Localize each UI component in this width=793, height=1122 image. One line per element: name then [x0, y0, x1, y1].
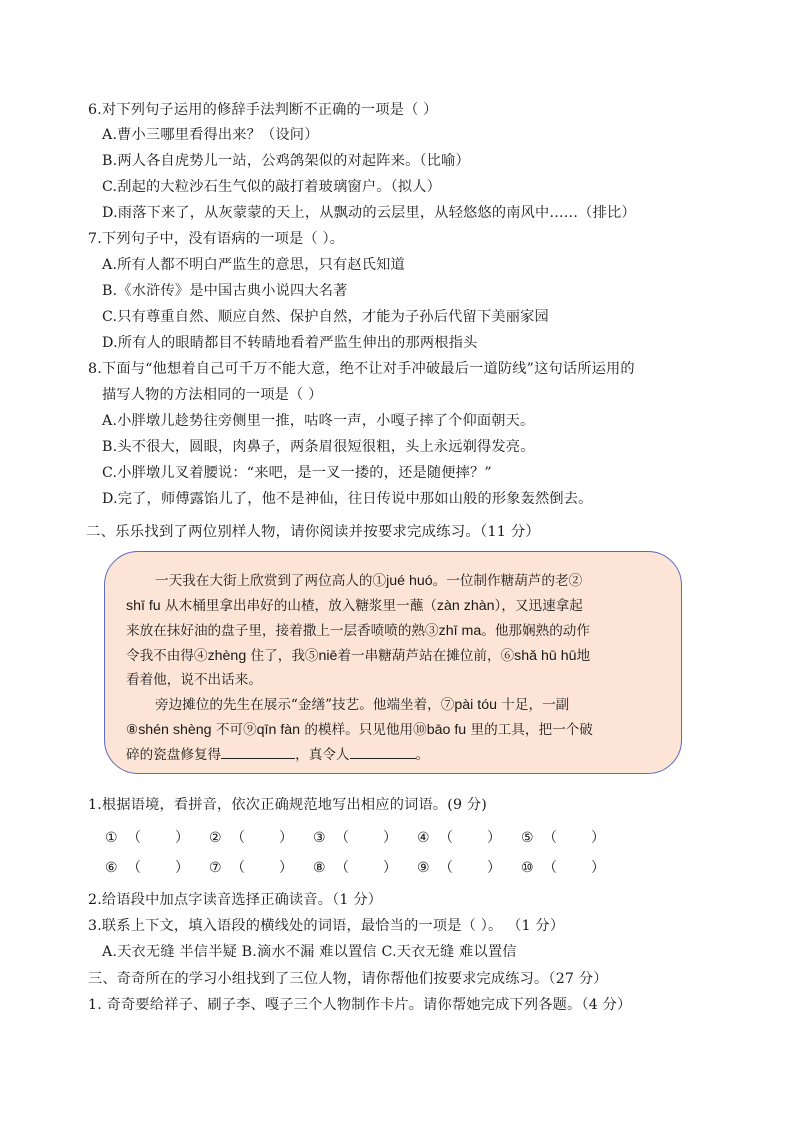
- passage-line: 看着他，说不出话来。: [126, 670, 262, 690]
- fill-blank-line: [350, 744, 416, 759]
- answer-blank: ⑥（）: [105, 857, 189, 877]
- q8-option-a: A.小胖墩儿趁势往旁侧里一推，咕咚一声，小嘎子摔了个仰面朝天。: [102, 411, 534, 431]
- blank-number: ⑥: [105, 860, 127, 876]
- close-paren: ）: [383, 857, 397, 877]
- answer-blank: ②（）: [209, 827, 293, 847]
- q6-option-a: A.曹小三哪里看得出来？（设问）: [102, 125, 319, 145]
- q6-option-d: D.雨落下来了，从灰蒙蒙的天上，从飘动的云层里，从轻悠悠的南风中……（排比）: [102, 203, 636, 223]
- pinyin-text: bāo fu: [427, 722, 466, 738]
- q8-option-c: C.小胖墩儿叉着腰说：“来吧，是一叉一搂的，还是随便摔？”: [102, 463, 492, 483]
- close-paren: ）: [487, 827, 501, 847]
- passage-text: 里的工具，把一个破: [466, 722, 593, 738]
- open-paren: （: [543, 857, 557, 877]
- close-paren: ）: [175, 857, 189, 877]
- passage-text: 的模样。只见他用⑩: [300, 722, 427, 738]
- passage-line: ⑧shén shèng 不可⑨qīn fàn 的模样。只见他用⑩bāo fu 里…: [126, 720, 593, 740]
- pinyin-text: zàn zhàn: [437, 598, 495, 614]
- pinyin-text: zhī ma: [439, 623, 482, 639]
- pinyin-text: jué huó: [386, 573, 433, 589]
- close-paren: ）: [487, 857, 501, 877]
- open-paren: （: [335, 827, 349, 847]
- passage-text: 从木桶里拿出串好的山楂，放入糖浆里一蘸（: [161, 598, 437, 614]
- blank-number: ⑩: [521, 860, 543, 876]
- answer-blank: ④（）: [417, 827, 501, 847]
- passage-line: 令我不由得④zhèng 住了，我⑤niē着一串糖葫芦站在摊位前，⑥shǎ hū …: [126, 646, 590, 666]
- section3-title: 三、奇奇所在的学习小组找到了三位人物，请你帮他们按要求完成练习。（27 分）: [88, 969, 608, 989]
- close-paren: ）: [279, 857, 293, 877]
- passage-text: 。一位制作糖葫芦的老②: [433, 573, 583, 589]
- passage-text: 旁边摊位的先生在展示“金缮”技艺。他端坐着，⑦: [155, 697, 454, 713]
- q6-option-b: B.两人各自虎势儿一站，公鸡鸽架似的对起阵来。（比喻）: [102, 151, 470, 171]
- answer-blank: ⑩（）: [521, 857, 605, 877]
- passage-text: 地: [577, 648, 591, 664]
- blank-number: ④: [417, 830, 439, 846]
- open-paren: （: [231, 857, 245, 877]
- q7-option-a: A.所有人都不明白严监生的意思，只有赵氏知道: [102, 255, 405, 275]
- passage-text: 。他那娴熟的动作: [481, 623, 590, 639]
- blank-number: ⑦: [209, 860, 231, 876]
- passage-text: 来放在抹好油的盘子里，接着撒上一层香喷喷的熟③: [126, 623, 439, 639]
- passage-text: ，真令人: [295, 747, 349, 763]
- close-paren: ）: [279, 827, 293, 847]
- open-paren: （: [439, 857, 453, 877]
- passage-text: 十足，一副: [497, 697, 569, 713]
- passage-text: 着一串糖葫芦站在摊位前，⑥: [337, 648, 514, 664]
- close-paren: ）: [175, 827, 189, 847]
- open-paren: （: [127, 827, 141, 847]
- pinyin-text: shén shèng: [138, 722, 211, 738]
- open-paren: （: [439, 827, 453, 847]
- close-paren: ）: [383, 827, 397, 847]
- answer-blank: ③（）: [313, 827, 397, 847]
- passage-text: 令我不由得④: [126, 648, 208, 664]
- passage-line: 来放在抹好油的盘子里，接着撒上一层香喷喷的熟③zhī ma。他那娴熟的动作: [126, 621, 590, 641]
- s2-sub3-options: A.天衣无缝 半信半疑 B.滴水不漏 难以置信 C.天衣无缝 难以置信: [102, 942, 517, 962]
- fill-blank-line: [221, 744, 295, 759]
- pinyin-text: pài tóu: [454, 697, 497, 713]
- section2-title: 二、乐乐找到了两位别样人物，请你阅读并按要求完成练习。（11 分）: [86, 522, 540, 542]
- q8-stem-line1: 8.下面与“他想着自己可千万不能大意，绝不让对手冲破最后一道防线”这句话所运用的: [88, 359, 635, 379]
- s3-sub1-stem: 1. 奇奇要给祥子、刷子李、嘎子三个人物制作卡片。请你帮她完成下列各题。（4 分…: [88, 995, 631, 1015]
- open-paren: （: [231, 827, 245, 847]
- passage-text: ⑧: [126, 722, 138, 738]
- q8-stem-line2: 描写人物的方法相同的一项是（ ）: [102, 385, 323, 405]
- passage-text: 看着他，说不出话来。: [126, 672, 262, 688]
- pinyin-text: qīn fàn: [257, 722, 300, 738]
- q7-stem: 7.下列句子中，没有语病的一项是（ ）。: [88, 229, 344, 249]
- q7-option-d: D.所有人的眼睛都目不转睛地看着严监生伸出的那两根指头: [102, 333, 477, 353]
- q6-stem: 6.对下列句子运用的修辞手法判断不正确的一项是（ ）: [88, 100, 438, 120]
- close-paren: ）: [591, 857, 605, 877]
- passage-text: 不可⑨: [212, 722, 257, 738]
- blank-number: ③: [313, 830, 335, 846]
- pinyin-text: shǎ hū hū: [514, 648, 576, 664]
- passage-text: 碎的瓷盘修复得: [126, 747, 221, 763]
- passage-text: ），又迅速拿起: [495, 598, 583, 614]
- passage-line: shī fu 从木桶里拿出串好的山楂，放入糖浆里一蘸（zàn zhàn），又迅速…: [126, 596, 583, 616]
- open-paren: （: [543, 827, 557, 847]
- pinyin-text: zhèng: [208, 648, 247, 664]
- answer-blank: ⑦（）: [209, 857, 293, 877]
- answer-blank: ⑨（）: [417, 857, 501, 877]
- passage-line: 旁边摊位的先生在展示“金缮”技艺。他端坐着，⑦pài tóu 十足，一副: [155, 695, 569, 715]
- pinyin-text: niē: [319, 648, 338, 664]
- answer-blank: ⑤（）: [521, 827, 605, 847]
- s2-sub1-stem: 1.根据语境，看拼音，依次正确规范地写出相应的词语。(9 分): [88, 795, 487, 815]
- q6-option-c: C.刮起的大粒沙石生气似的敲打着玻璃窗户。（拟人）: [102, 177, 441, 197]
- pinyin-text: shī fu: [126, 598, 161, 614]
- q7-option-b: B.《水浒传》是中国古典小说四大名著: [102, 281, 348, 301]
- blank-number: ⑤: [521, 830, 543, 846]
- answer-blank: ①（）: [105, 827, 189, 847]
- open-paren: （: [335, 857, 349, 877]
- open-paren: （: [127, 857, 141, 877]
- passage-line: 碎的瓷盘修复得，真令人。: [126, 744, 429, 765]
- answer-blank: ⑧（）: [313, 857, 397, 877]
- q7-option-c: C.只有尊重自然、顺应自然、保护自然，才能为子孙后代留下美丽家园: [102, 307, 549, 327]
- blank-number: ②: [209, 830, 231, 846]
- q8-option-b: B.头不很大，圆眼，肉鼻子，两条眉很短很粗，头上永远剃得发亮。: [102, 437, 535, 457]
- s2-sub2-stem: 2.给语段中加点字读音选择正确读音。（1 分）: [88, 890, 382, 910]
- close-paren: ）: [591, 827, 605, 847]
- passage-text: 住了，我⑤: [246, 648, 318, 664]
- passage-text: 。: [416, 747, 430, 763]
- s2-sub3-stem: 3.联系上下文，填入语段的横线处的词语，最恰当的一项是（ ）。 （1 分）: [88, 916, 564, 936]
- q8-option-d: D.完了，师傅露馅儿了，他不是神仙，往日传说中那如山般的形象轰然倒去。: [102, 489, 593, 509]
- blank-number: ①: [105, 830, 127, 846]
- passage-line: 一天我在大街上欣赏到了两位高人的①jué huó。一位制作糖葫芦的老②: [155, 571, 582, 591]
- passage-text: 一天我在大街上欣赏到了两位高人的①: [155, 573, 386, 589]
- blank-number: ⑨: [417, 860, 439, 876]
- blank-number: ⑧: [313, 860, 335, 876]
